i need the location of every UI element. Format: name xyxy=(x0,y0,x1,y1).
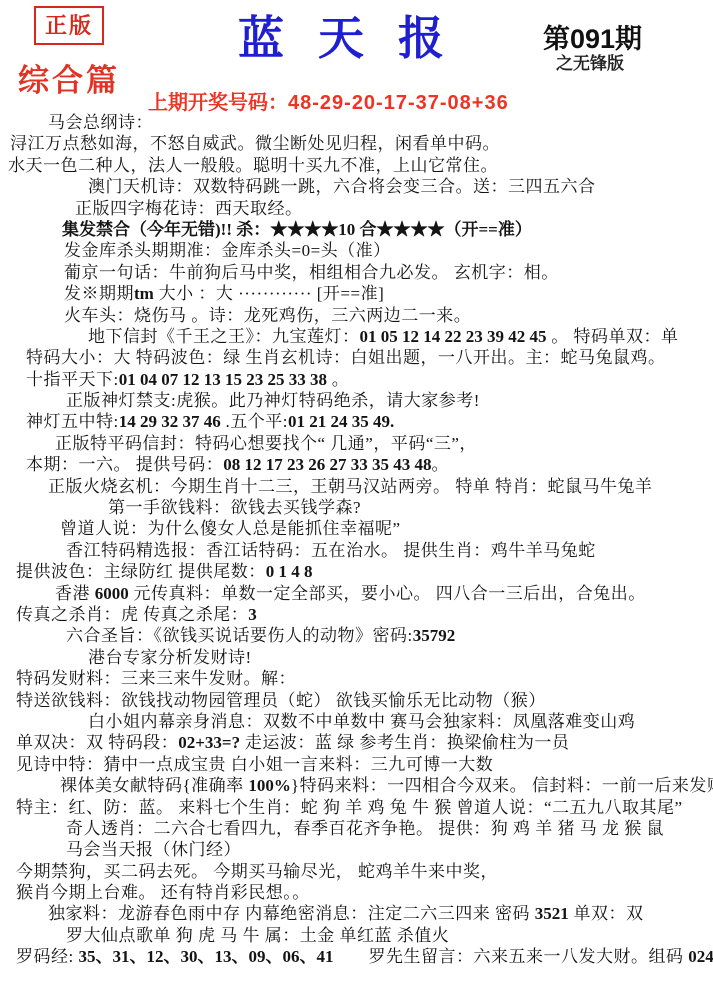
text-segment: 发※期期 xyxy=(64,284,134,303)
text-segment: 香港 xyxy=(55,584,95,603)
text-segment-bold: tm xyxy=(134,284,154,303)
text-segment: 走运波：蓝 绿 参考生肖：换梁偷柱为一员 xyxy=(240,733,569,752)
text-line: 罗大仙点歌单 狗 虎 马 牛 属：土金 单红蓝 杀值火 xyxy=(66,925,713,946)
text-segment: .五个平: xyxy=(221,412,288,431)
last-draw-numbers: 48-29-20-17-37-08+36 xyxy=(288,92,509,114)
text-line: 澳门天机诗：双数特码跳一跳，六合将会变三合。送：三四五六合 xyxy=(88,176,713,197)
text-line: 六合圣旨：《欲钱买说话要伤人的动物》密码:35792 xyxy=(66,625,713,646)
text-line: 葡京一句话：牛前狗后马中奖，相组相合九必发。 玄机字：相。 xyxy=(64,262,713,283)
text-line: 提供波色：主绿防红 提供尾数：0 1 4 8 xyxy=(16,561,713,582)
text-segment-bold: 35、31、12、30、13、09、06、41 xyxy=(78,947,333,966)
text-segment: 提供波色：主绿防红 提供尾数： xyxy=(16,562,266,581)
text-segment: 浔江万点愁如海，不怒自威武。微尘断处见归程，闲看单中码。 xyxy=(10,134,500,153)
text-segment: 元传真料：单数一定全部买，要小心。 四八合一三后出，合兔出。 xyxy=(129,584,646,603)
text-segment: 传真之杀肖：虎 传真之杀尾： xyxy=(16,605,248,624)
text-segment: 香江特码精选报：香江话特码：五在治水。 提供生肖：鸡牛羊马兔蛇 xyxy=(66,541,596,560)
text-line: 正版神灯禁支:虎猴。此乃神灯特码绝杀，请大家参考! xyxy=(66,390,713,411)
text-segment: 特码发财料：三来三来牛发财。解： xyxy=(16,669,296,688)
text-line: 特码发财料：三来三来牛发财。解： xyxy=(16,668,713,689)
text-line: 裸体美女献特码{准确率 100%}特码来料：一四相合今双来。 信封料：一前一后来… xyxy=(60,775,713,796)
text-segment: 罗码经: xyxy=(16,947,78,966)
text-line: 单双决：双 特码段：02+33=? 走运波：蓝 绿 参考生肖：换梁偷柱为一员 xyxy=(16,732,713,753)
text-segment: 水天一色二种人，法人一般般。聪明十买九不准，上山它常住。 xyxy=(8,156,498,175)
text-line: 本期：一六。 提供号码：08 12 17 23 26 27 33 35 43 4… xyxy=(26,454,713,475)
text-segment: 十指平天下: xyxy=(26,370,119,389)
text-line: 曾道人说：为什么傻女人总是能抓住幸福呢” xyxy=(60,518,713,539)
text-segment-bold: 01 05 12 14 22 23 39 42 45 xyxy=(360,327,547,346)
text-segment-bold: 14 29 32 37 46 xyxy=(119,412,221,431)
text-segment-bold: 02+33=? xyxy=(178,733,240,752)
text-segment: 罗大仙点歌单 狗 虎 马 牛 属：土金 单红蓝 杀值火 xyxy=(66,926,449,945)
text-segment-bold: 合★★★★（开==准） xyxy=(355,220,532,239)
text-segment: 见诗中特：猜中一点成宝贵 白小姐一言来料：三九可博一大数 xyxy=(16,755,493,774)
text-line: 神灯五中特:14 29 32 37 46 .五个平:01 21 24 35 49… xyxy=(26,411,713,432)
text-segment-bold: 集发禁合（今年无错)!! 杀：★★★★ xyxy=(62,220,338,239)
text-segment: 特主：红、防：蓝。 来料七个生肖：蛇 狗 羊 鸡 兔 牛 猴 曾道人说：“二五九… xyxy=(16,798,683,817)
text-line: 独家料：龙游春色雨中存 内幕绝密消息：注定二六三四来 密码 3521 单双：双 xyxy=(48,903,713,924)
text-line: 地下信封《千王之王》：九宝莲灯：01 05 12 14 22 23 39 42 … xyxy=(88,326,713,347)
text-segment: 白小姐内幕亲身消息：双数不中单数中 赛马会独家料：凤凰落难变山鸡 xyxy=(88,712,635,731)
text-segment: 猴肖今期上台难。 还有特肖彩民想。。 xyxy=(16,883,310,902)
text-line: 发金库杀头期期准：金库杀头=0=头（准） xyxy=(64,240,713,261)
text-segment: 独家料：龙游春色雨中存 内幕绝密消息：注定二六三四来 密码 xyxy=(48,904,535,923)
text-segment: 今期禁狗，买二码去死。 今期买马输尽光， 蛇鸡羊牛来中奖， xyxy=(16,862,498,881)
document-page: 正版 蓝天报 第091期 之无锋版 综合篇 上期开奖号码：48-29-20-17… xyxy=(0,0,713,997)
edition-label: 之无锋版 xyxy=(556,49,624,74)
text-line: 见诗中特：猜中一点成宝贵 白小姐一言来料：三九可博一大数 xyxy=(16,754,713,775)
text-segment: 澳门天机诗：双数特码跳一跳，六合将会变三合。送：三四五六合 xyxy=(88,177,596,196)
text-line: 特送欲钱料：欲钱找动物园管理员（蛇） 欲钱买愉乐无比动物（猴） xyxy=(16,690,713,711)
text-line: 第一手欲钱料：欲钱去买钱学森? xyxy=(108,497,713,518)
text-line: 水天一色二种人，法人一般般。聪明十买九不准，上山它常住。 xyxy=(8,155,713,176)
text-segment-bold: 10 xyxy=(338,220,355,239)
text-segment-bold: 3521 xyxy=(535,904,569,923)
text-line: 今期禁狗，买二码去死。 今期买马输尽光， 蛇鸡羊牛来中奖， xyxy=(16,861,713,882)
page-title: 蓝天报 xyxy=(238,2,478,68)
text-segment-bold: 0 1 4 8 xyxy=(266,562,313,581)
text-segment: 曾道人说：为什么傻女人总是能抓住幸福呢” xyxy=(60,519,401,538)
section-title: 综合篇 xyxy=(18,55,120,100)
text-line: 正版特平码信封：特码心想要找个“ 几通”，平码“三”， xyxy=(55,433,713,454)
text-segment: 正版神灯禁支:虎猴。此乃神灯特码绝杀，请大家参考! xyxy=(66,391,480,410)
text-segment: 神灯五中特: xyxy=(26,412,119,431)
text-segment: 。 特码单双：单 xyxy=(547,327,679,346)
authenticity-badge: 正版 xyxy=(34,6,104,45)
text-segment-bold: 01 04 07 12 13 15 23 25 33 38 xyxy=(119,370,327,389)
text-segment: 火车头：烧伤马 。诗：龙死鸡伤，三六两边二一来。 xyxy=(64,306,471,325)
text-line: 香江特码精选报：香江话特码：五在治水。 提供生肖：鸡牛羊马兔蛇 xyxy=(66,540,713,561)
text-segment: 单双决：双 特码段： xyxy=(16,733,178,752)
text-segment: 港台专家分析发财诗! xyxy=(88,648,252,667)
text-segment: 大小 ：大 ············ [开==准] xyxy=(154,284,384,303)
text-line: 传真之杀肖：虎 传真之杀尾：3 xyxy=(16,604,713,625)
text-line: 马会总纲诗： xyxy=(48,112,713,133)
text-segment: 葡京一句话：牛前狗后马中奖，相组相合九必发。 玄机字：相。 xyxy=(64,263,559,282)
text-line: 白小姐内幕亲身消息：双数不中单数中 赛马会独家料：凤凰落难变山鸡 xyxy=(88,711,713,732)
text-segment-bold: 024739 xyxy=(688,947,713,966)
text-line: 发※期期tm 大小 ：大 ············ [开==准] xyxy=(64,283,713,304)
text-line: 十指平天下:01 04 07 12 13 15 23 25 33 38 。 xyxy=(26,369,713,390)
last-draw-line: 上期开奖号码：48-29-20-17-37-08+36 xyxy=(148,86,509,115)
text-line: 港台专家分析发财诗! xyxy=(88,647,713,668)
text-segment: 特码大小：大 特码波色：绿 生肖玄机诗：白姐出题，一八开出。主：蛇马兔鼠鸡。 xyxy=(26,348,666,367)
text-segment: 马会当天报（休门经） xyxy=(66,840,241,859)
text-line: 正版火烧玄机：今期生肖十二三，王朝马汉站两旁。 特单 特肖：蛇鼠马牛兔羊 xyxy=(48,476,713,497)
text-line: 浔江万点愁如海，不怒自威武。微尘断处见归程，闲看单中码。 xyxy=(10,133,713,154)
text-segment: 发金库杀头期期准：金库杀头=0=头（准） xyxy=(64,241,391,260)
text-segment: 正版四字梅花诗：西天取经。 xyxy=(75,199,303,218)
text-segment: 特送欲钱料：欲钱找动物园管理员（蛇） 欲钱买愉乐无比动物（猴） xyxy=(16,691,546,710)
text-segment: 奇人透肖：二六合七看四九，春季百花齐争艳。 提供：狗 鸡 羊 猪 马 龙 猴 鼠 xyxy=(66,819,664,838)
text-line: 正版四字梅花诗：西天取经。 xyxy=(75,198,713,219)
text-segment: 六合圣旨：《欲钱买说话要伤人的动物》密码: xyxy=(66,626,413,645)
text-line: 马会当天报（休门经） xyxy=(66,839,713,860)
text-segment: }特码来料：一四相合今双来。 信封料：一前一后来发财。 xyxy=(291,776,713,795)
text-line: 特主：红、防：蓝。 来料七个生肖：蛇 狗 羊 鸡 兔 牛 猴 曾道人说：“二五九… xyxy=(16,797,713,818)
text-segment-bold: 35792 xyxy=(413,626,456,645)
text-segment: 罗先生留言：六来五来一八发大财。组码 xyxy=(333,947,688,966)
last-draw-label: 上期开奖号码： xyxy=(148,92,288,114)
text-segment: 地下信封《千王之王》：九宝莲灯： xyxy=(88,327,360,346)
text-line: 罗码经: 35、31、12、30、13、09、06、41 罗先生留言：六来五来一… xyxy=(16,946,713,967)
text-segment: 本期：一六。 提供号码： xyxy=(26,455,223,474)
text-segment: 裸体美女献特码{准确率 xyxy=(60,776,248,795)
text-segment-bold: 3 xyxy=(248,605,257,624)
text-segment-bold: 08 12 17 23 26 27 33 35 43 48 xyxy=(223,455,431,474)
text-line: 香港 6000 元传真料：单数一定全部买，要小心。 四八合一三后出，合兔出。 xyxy=(55,583,713,604)
text-segment: 。 xyxy=(432,455,450,474)
text-segment-bold: 100% xyxy=(248,776,291,795)
text-segment: 正版特平码信封：特码心想要找个“ 几通”，平码“三”， xyxy=(55,434,477,453)
text-segment: 单双：双 xyxy=(569,904,644,923)
text-segment: 第一手欲钱料：欲钱去买钱学森? xyxy=(108,498,361,517)
text-line: 集发禁合（今年无错)!! 杀：★★★★10 合★★★★（开==准） xyxy=(62,219,713,240)
text-segment: 正版火烧玄机：今期生肖十二三，王朝马汉站两旁。 特单 特肖：蛇鼠马牛兔羊 xyxy=(48,477,653,496)
body-text: 马会总纲诗：浔江万点愁如海，不怒自威武。微尘断处见归程，闲看单中码。水天一色二种… xyxy=(0,112,713,968)
text-line: 火车头：烧伤马 。诗：龙死鸡伤，三六两边二一来。 xyxy=(64,305,713,326)
text-line: 猴肖今期上台难。 还有特肖彩民想。。 xyxy=(16,882,713,903)
text-line: 特码大小：大 特码波色：绿 生肖玄机诗：白姐出题，一八开出。主：蛇马兔鼠鸡。 xyxy=(26,347,713,368)
text-segment: 。 xyxy=(327,370,349,389)
text-segment-bold: 01 21 24 35 49. xyxy=(288,412,394,431)
text-segment: 马会总纲诗： xyxy=(48,113,153,132)
text-segment-bold: 6000 xyxy=(95,584,129,603)
text-line: 奇人透肖：二六合七看四九，春季百花齐争艳。 提供：狗 鸡 羊 猪 马 龙 猴 鼠 xyxy=(66,818,713,839)
